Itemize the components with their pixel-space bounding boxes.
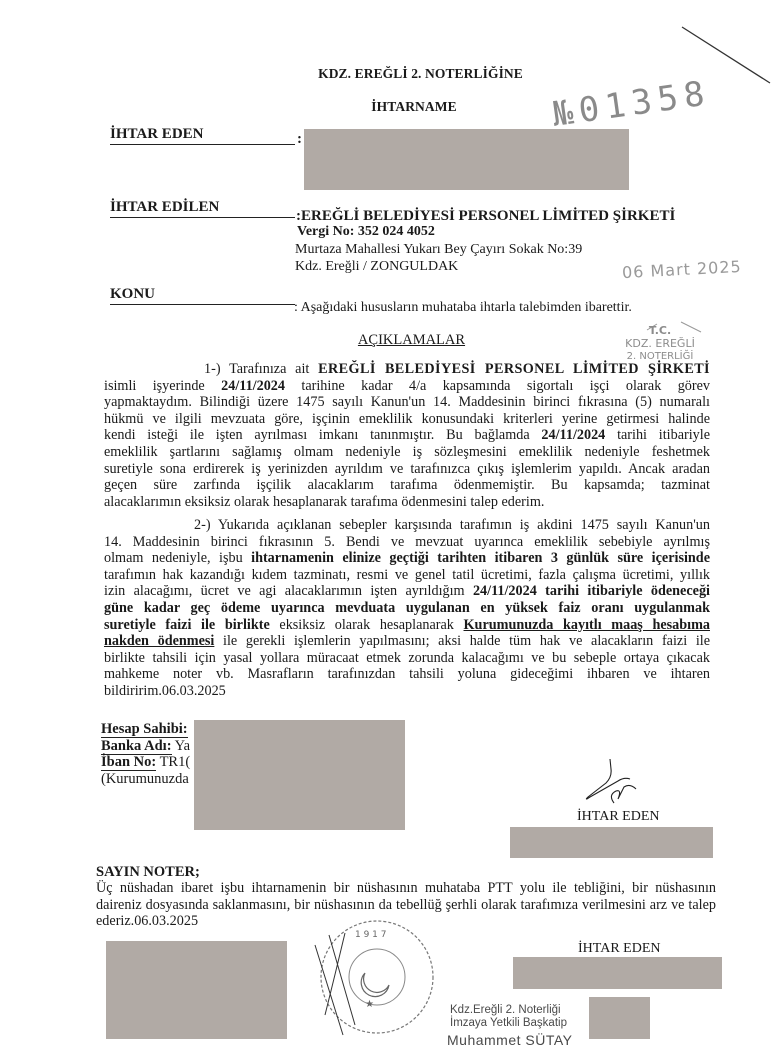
p1-line: isimli işyerinde 24/11/2024 tarihine kad…	[104, 378, 710, 395]
p2-line: mahkeme noter vb. Masrafların tarafınızd…	[104, 666, 710, 683]
svg-text:★: ★	[365, 999, 374, 1010]
recipient-address-line2: Kdz. Ereğli / ZONGULDAK	[295, 259, 458, 275]
explanations-title: AÇIKLAMALAR	[0, 332, 773, 349]
sender-label: İHTAR EDEN	[110, 126, 295, 145]
account-holder-label: Hesap Sahibi:	[101, 721, 188, 738]
final-signature-label: İHTAR EDEN	[578, 941, 660, 957]
iban-label: İban No:	[101, 754, 156, 771]
p2-line: nakden ödenmesi ile gerekli işlemlerin y…	[104, 633, 710, 650]
p2-line: tarafımın hak kazandığı kıdem tazminatı,…	[104, 567, 710, 584]
p2-line: bildiririm.06.03.2025	[104, 683, 710, 700]
notary-clerk-title: İmzaya Yetkili Başkatip	[450, 1017, 567, 1030]
p1-line: yapmaktaydım. Bilindiği üzere 1475 sayıl…	[104, 394, 710, 411]
iban-value: TR1(	[160, 754, 191, 770]
sender-name-redacted	[510, 827, 713, 858]
bank-info: Hesap Sahibi: Banka Adı: Ya İban No: TR1…	[101, 721, 190, 787]
explanation-paragraph-1: 1-) Tarafınıza ait EREĞLİ BELEDİYESİ PER…	[104, 361, 710, 510]
notary-request-line: daireniz dosyasında saklanmasını, bir nü…	[96, 897, 716, 914]
p2-line: olmam nedeniyle, işbu ihtarnamenin elini…	[104, 550, 710, 567]
bank-note: (Kurumunuzda	[101, 771, 190, 788]
recipient-tax-number: Vergi No: 352 024 4052	[297, 224, 435, 240]
recipient-label: İHTAR EDİLEN	[110, 199, 295, 218]
subject-label: KONU	[110, 286, 295, 305]
sender-signature	[578, 755, 648, 805]
notary-request-line: Üç nüshadan ibaret işbu ihtarnamenin bir…	[96, 880, 716, 897]
p1-line: hükmü ve ilgili mevzuata göre, işçinin e…	[104, 411, 710, 428]
recipient-address-line1: Murtaza Mahallesi Yukarı Bey Çayırı Soka…	[295, 242, 582, 258]
final-signature-redacted	[589, 997, 650, 1039]
p1-line: alacaklarımın eksiksiz olarak hesaplanar…	[104, 494, 710, 511]
p2-line: güne kadar geç ödeme uyarınca mevduata u…	[104, 600, 710, 617]
p2-line: 14. Maddesinin birinci fıkrasının 5. Ben…	[104, 534, 710, 551]
notary-seal: ★ 1 9 1 7	[285, 915, 445, 1050]
p2-line: birlikte tahsili için yasal yollara müra…	[104, 650, 710, 667]
bank-info-redacted	[194, 720, 405, 830]
p1-line: geçen süre zarfında işçilik alacaklarım …	[104, 477, 710, 494]
p1-line: suretiyle sona erdirerek iş yerinizden a…	[104, 461, 710, 478]
recipient-name: :EREĞLİ BELEDİYESİ PERSONEL LİMİTED ŞİRK…	[296, 208, 675, 225]
p1-line: emeklilik şartlarını sağlamış olmam nede…	[104, 444, 710, 461]
notary-request-title: SAYIN NOTER;	[96, 864, 200, 881]
notary-clerk-name: Muhammet SÜTAY	[447, 1032, 573, 1048]
p2-line: izin alacağımı, ücret ve agi alacaklarım…	[104, 583, 710, 600]
bank-name-value: Ya	[175, 738, 190, 754]
p1-line: kendi isteği ile işten ayrılması imkanı …	[104, 427, 710, 444]
p2-line: suretiyle faizi ile birlikte eksiksiz ol…	[104, 617, 710, 634]
sender-redacted	[304, 129, 629, 190]
bank-name-label: Banka Adı:	[101, 738, 172, 755]
explanation-paragraph-2: 2-) Yukarıda açıklanan sebepler karşısın…	[104, 517, 710, 700]
p2-line: 2-) Yukarıda açıklanan sebepler karşısın…	[104, 517, 710, 534]
sender-separator: :	[297, 131, 302, 148]
p1-line: 1-) Tarafınıza ait EREĞLİ BELEDİYESİ PER…	[104, 361, 710, 378]
bottom-left-redacted	[106, 941, 287, 1039]
sender-signature-label: İHTAR EDEN	[577, 809, 659, 825]
subject-text: : Aşağıdaki hususların muhataba ihtarla …	[294, 300, 632, 316]
notary-clerk-stamp: Kdz.Ereğli 2. Noterliği İmzaya Yetkili B…	[450, 1004, 567, 1030]
final-sender-redacted	[513, 957, 722, 989]
svg-text:1 9 1 7: 1 9 1 7	[355, 930, 387, 940]
date-stamp: 06 Mart 2025	[622, 257, 743, 282]
notary-office-name: Kdz.Ereğli 2. Noterliği	[450, 1004, 567, 1017]
registry-number-stamp: №01358	[550, 73, 713, 135]
